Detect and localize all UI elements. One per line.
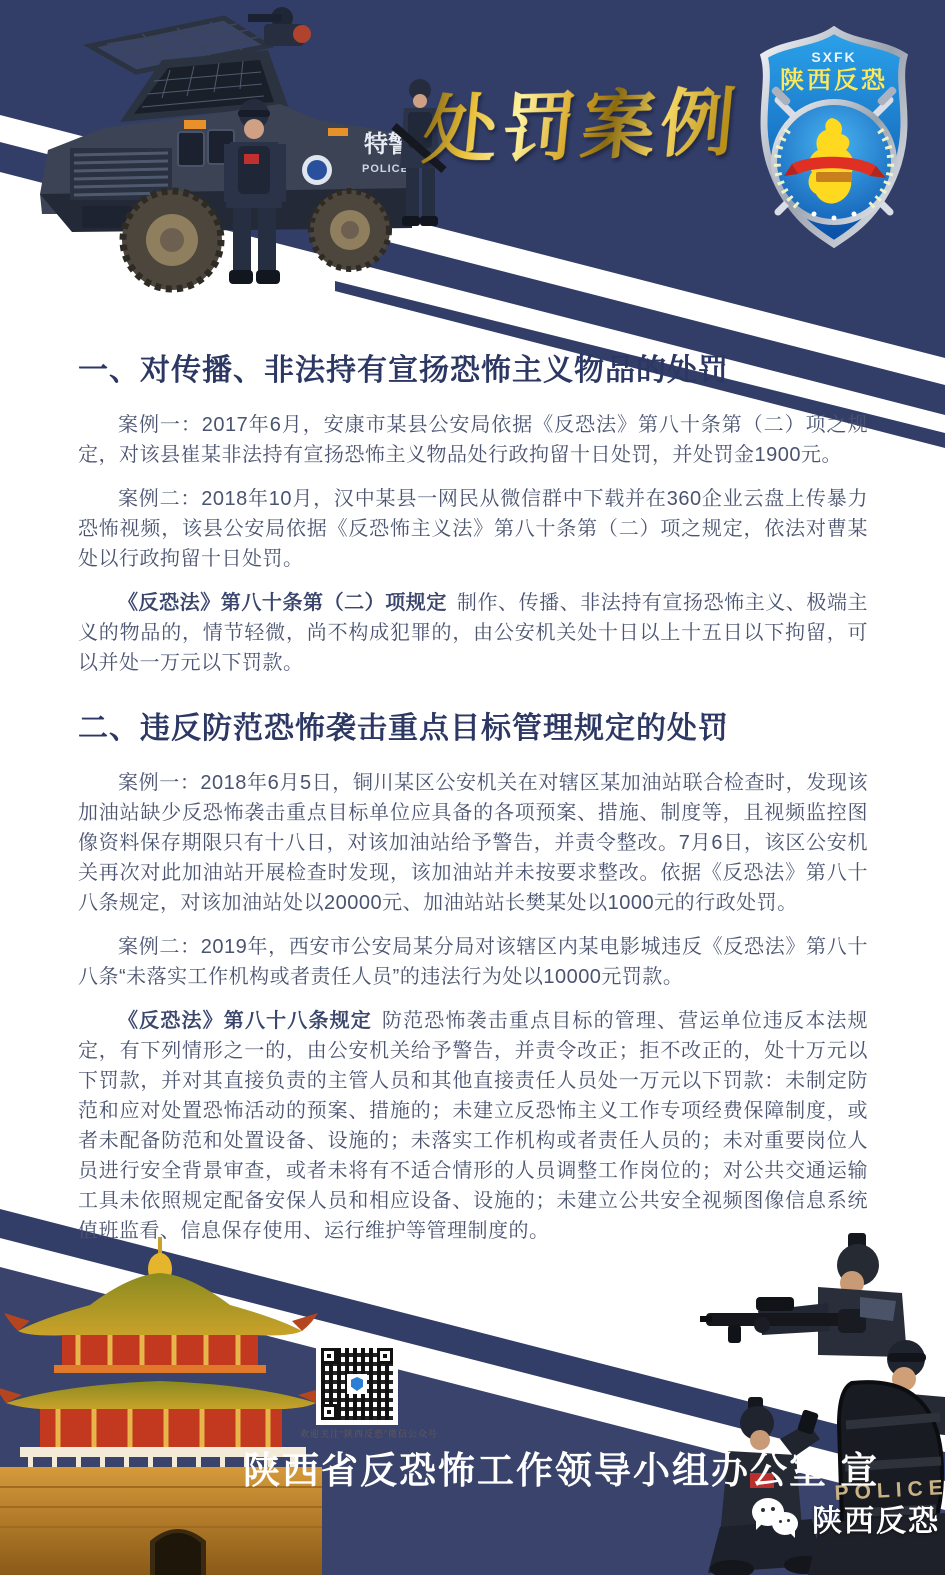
publisher-line: 陕西省反恐怖工作领导小组办公室 宣 <box>243 1440 879 1494</box>
case-paragraph: 案例二：2018年10月，汉中某县一网民从微信群中下载并在360企业云盘上传暴力… <box>78 484 868 574</box>
qr-center-logo <box>347 1374 367 1394</box>
case-paragraph: 案例一：2017年6月，安康市某县公安局依据《反恐法》第八十条第（二）项之规定，… <box>78 410 868 470</box>
armored-vehicle-illustration: 特警 POLICE <box>40 7 444 290</box>
wechat-account-name: 陕西反恐 <box>812 1496 940 1540</box>
case-content: 一、对传播、非法持有宣扬恐怖主义物品的处罚 案例一：2017年6月，安康市某县公… <box>78 352 868 1260</box>
badge-name-label: 陕西反恐 <box>780 66 888 94</box>
law-citation-lead: 《反恐法》第八十条第（二）项规定 <box>118 592 447 614</box>
law-paragraph: 《反恐法》第八十八条规定防范恐怖袭击重点目标的管理、营运单位违反本法规定，有下列… <box>78 1006 868 1246</box>
signal-light <box>184 120 206 129</box>
shaanxi-anti-terror-badge: SXFK 陕西反恐 <box>740 26 928 248</box>
case-paragraph: 案例一：2018年6月5日，铜川某区公安机关在对辖区某加油站联合检查时，发现该加… <box>78 768 868 918</box>
vehicle-wheel <box>310 190 390 270</box>
aiming-officer <box>700 1233 907 1357</box>
bell-tower-photo <box>0 1235 322 1575</box>
swat-vehicle-photo: 特警 POLICE <box>12 2 457 294</box>
qr-finder-pattern <box>321 1404 337 1420</box>
wechat-qr-code <box>316 1343 398 1425</box>
qr-finder-pattern <box>321 1348 337 1364</box>
law-citation-lead: 《反恐法》第八十八条规定 <box>118 1010 372 1032</box>
page-title: 处罚案例 <box>419 64 749 179</box>
case-paragraph: 案例二：2019年，西安市公安局某分局对该辖区内某电影城违反《反恐法》第八十八条… <box>78 932 868 992</box>
wechat-icon <box>752 1496 800 1540</box>
qr-finder-pattern <box>377 1348 393 1364</box>
qr-caption: 欢迎关注“陕西反恐”微信公众号 <box>300 1427 430 1440</box>
wechat-account-tag: 陕西反恐 <box>752 1496 940 1540</box>
law-paragraph: 《反恐法》第八十条第（二）项规定制作、传播、非法持有宣扬恐怖主义、极端主义的物品… <box>78 588 868 678</box>
signal-light <box>328 128 348 136</box>
vehicle-wheel <box>122 190 222 290</box>
badge-top-label: SXFK <box>811 49 856 65</box>
section-2-heading: 二、违反防范恐怖袭击重点目标管理规定的处罚 <box>78 710 868 748</box>
section-1-heading: 一、对传播、非法持有宣扬恐怖主义物品的处罚 <box>78 352 868 390</box>
anti-terror-poster: 特警 POLICE <box>0 0 945 1575</box>
